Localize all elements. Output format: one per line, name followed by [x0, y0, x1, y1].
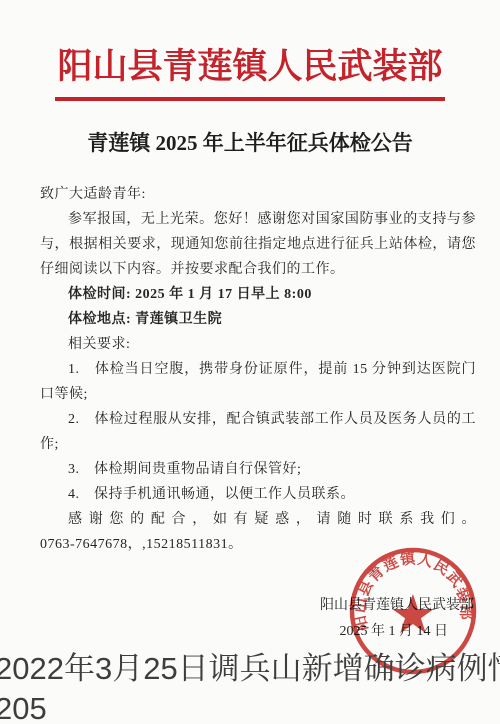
requirement-item: 1. 体检当日空腹，携带身份证原件，提前 15 分钟到达医院门口等候; [40, 357, 476, 407]
caption-line-1: 2022年3月25日调兵山新增确诊病例情况_63 [0, 649, 500, 689]
intro-paragraph: 参军报国，无上光荣。您好！感谢您对国家国防事业的支持与参与，根据相关要求，现通知… [40, 207, 476, 282]
page-title: 青莲镇 2025 年上半年征兵体检公告 [0, 127, 500, 157]
issuer-title: 阳山县青莲镇人民武装部 [0, 45, 500, 89]
title-underline [55, 97, 445, 101]
document-body: 致广大适龄青年: 参军报国，无上光荣。您好！感谢您对国家国防事业的支持与参与，根… [40, 182, 476, 557]
contact-phones: 0763-7647678，,15218511831。 [40, 532, 476, 557]
caption-line-2: 205 [0, 689, 500, 724]
salutation: 致广大适龄青年: [40, 182, 476, 207]
requirement-item: 3. 体检期间贵重物品请自行保管好; [40, 457, 476, 482]
caption-title: 2022年3月25日调兵山新增确诊病例情况_63 205 [0, 649, 500, 724]
requirements-heading: 相关要求: [40, 332, 476, 357]
thanks-paragraph: 感谢您的配合，如有疑惑，请随时联系我们。 [40, 507, 476, 532]
exam-location: 体检地点: 青莲镇卫生院 [40, 307, 476, 332]
exam-time: 体检时间: 2025 年 1 月 17 日早上 8:00 [40, 282, 476, 307]
signature-org: 阳山县青莲镇人民武装部 [0, 593, 500, 619]
document: 阳山县青莲镇人民武装部 青莲镇 2025 年上半年征兵体检公告 致广大适龄青年:… [0, 0, 500, 724]
requirement-item: 4. 保持手机通讯畅通，以便工作人员联系。 [40, 482, 476, 507]
signature-date: 2025 年 1 月 14 日 [0, 619, 500, 645]
signature-block: 阳山县青莲镇人民武装部 2025 年 1 月 14 日 [0, 593, 500, 645]
requirement-item: 2. 体检过程服从安排，配合镇武装部工作人员及医务人员的工作; [40, 407, 476, 457]
